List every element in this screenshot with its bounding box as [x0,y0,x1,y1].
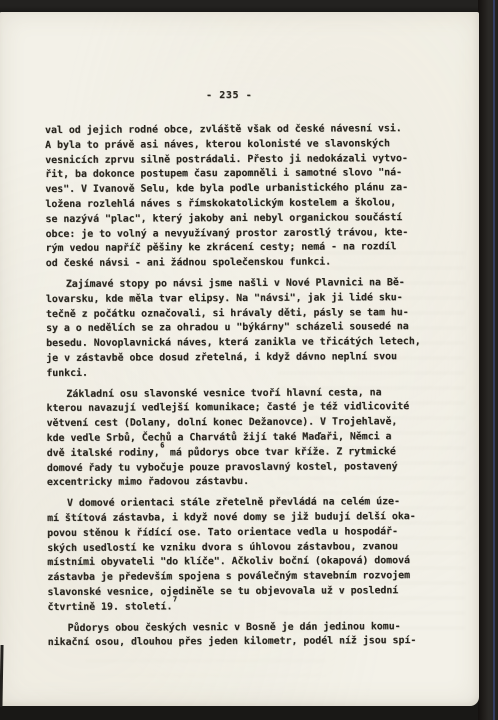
text-line: od české návsi - ani žádnou společenskou… [46,255,468,272]
paragraph: Půdorys obou českých vesnic v Bosně je d… [48,619,470,651]
text-line: zástavba je především spojena s poválečn… [47,569,469,586]
text-line: ves". V Ivanově Selu, kde byla podle urb… [45,181,467,198]
text-line: mí štítová zástavba, i když nové domy se… [47,510,469,527]
text-line: excentricky mimo řadovou zástavbu. [47,474,469,491]
text-line: kterou navazují vedlejší komunikace; čas… [46,400,468,417]
paragraph: Základní osu slavonské vesnice tvoří hla… [46,385,469,491]
book-page: - 235 - val od jejich rodné obce, zvlášt… [0,12,479,706]
page-number: - 235 - [206,90,252,101]
scanner-bed-right [478,0,498,720]
text-line: obce: je to volný a nevyužívaný prostor … [46,225,468,242]
scanned-page-photo: - 235 - val od jejich rodné obce, zvlášt… [0,0,498,720]
paragraph: val od jejich rodné obce, zvláště však o… [45,122,468,272]
text-line: besedu. Novoplavnická náves, která zanik… [46,335,468,352]
text-line: nikační osou, dlouhou přes jeden kilomet… [48,634,470,651]
text-line: čtvrtině 19. století.7 [47,598,469,615]
book-spine-accent-line [493,0,495,720]
text-line: funkci. [46,365,468,382]
paragraph: Zajímavé stopy po návsi jsme našli v Nov… [46,276,469,382]
text-line: vesnicích zprvu silně postrádali. Přesto… [45,151,467,168]
footnote-ref: 7 [173,595,177,603]
text-line: Zajímavé stopy po návsi jsme našli v Nov… [46,276,468,293]
footnote-ref: 6 [160,441,164,449]
paragraph: V domové orientaci stále zřetelně převlá… [47,495,470,616]
body-text: val od jejich rodné obce, zvláště však o… [45,122,470,657]
